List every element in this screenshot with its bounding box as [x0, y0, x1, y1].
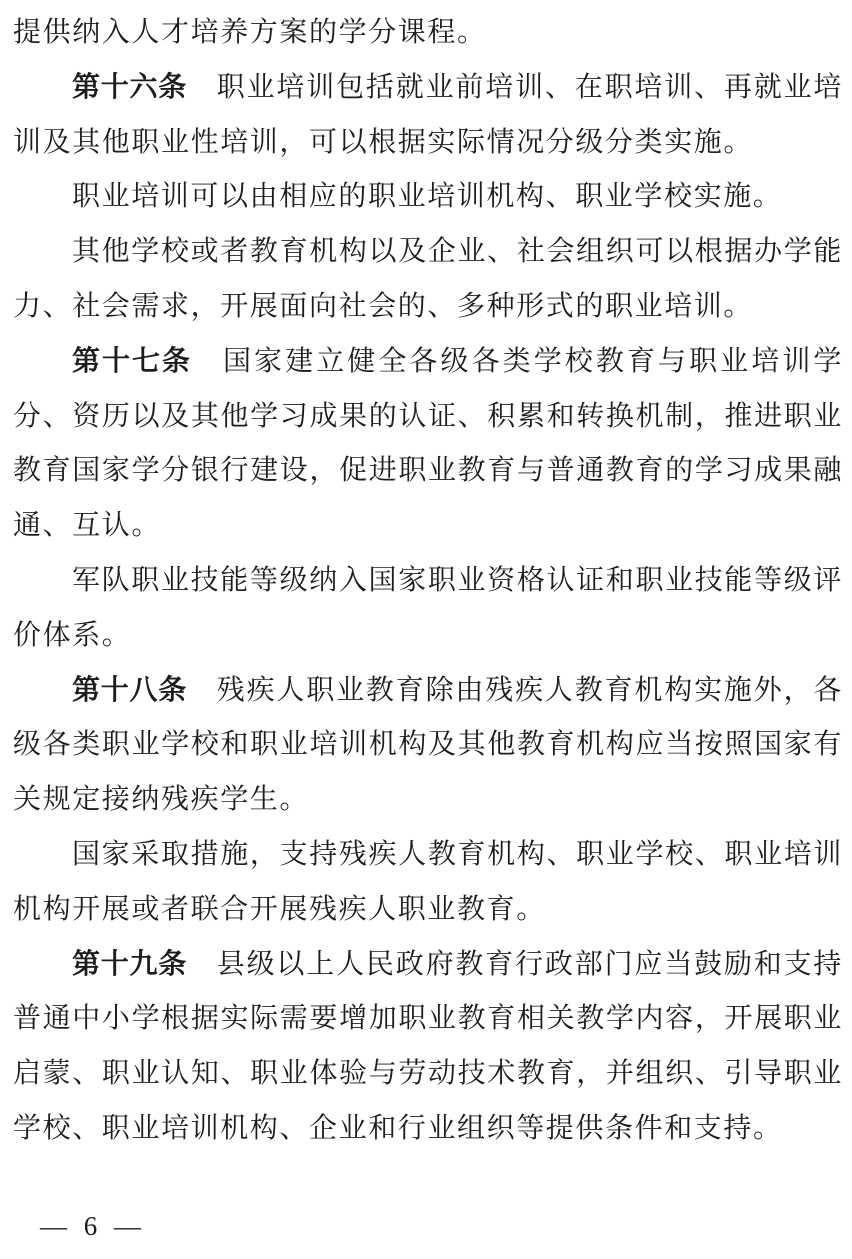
line-text: 关规定接纳残疾学生。: [13, 784, 309, 815]
line-text: 其他学校或者教育机构以及企业、社会组织可以根据办学能: [72, 236, 843, 267]
text-line: 军队职业技能等级纳入国家职业资格认证和职业技能等级评: [13, 554, 843, 609]
text-line: 级各类职业学校和职业培训机构及其他教育机构应当按照国家有: [13, 718, 843, 773]
article-number: 第十七条: [72, 346, 192, 377]
line-text: 提供纳入人才培养方案的学分课程。: [13, 17, 487, 48]
text-line: 训及其他职业性培训，可以根据实际情况分级分类实施。: [13, 116, 843, 171]
page-number: — 6 —: [40, 1206, 146, 1246]
article-number: 第十八条: [72, 675, 187, 706]
text-line: 启蒙、职业认知、职业体验与劳动技术教育，并组织、引导职业: [13, 1047, 843, 1102]
line-text: 普通中小学根据实际需要增加职业教育相关教学内容，开展职业: [13, 1003, 843, 1034]
text-line: 第十九条 县级以上人民政府教育行政部门应当鼓励和支持: [13, 938, 843, 993]
text-line: 第十六条 职业培训包括就业前培训、在职培训、再就业培: [13, 61, 843, 116]
line-text: 机构开展或者联合开展残疾人职业教育。: [13, 894, 546, 925]
text-line: 国家采取措施，支持残疾人教育机构、职业学校、职业培训: [13, 828, 843, 883]
text-line: 教育国家学分银行建设，促进职业教育与普通教育的学习成果融: [13, 444, 843, 499]
text-line: 关规定接纳残疾学生。: [13, 773, 843, 828]
text-line: 分、资历以及其他学习成果的认证、积累和转换机制，推进职业: [13, 390, 843, 445]
line-text: 教育国家学分银行建设，促进职业教育与普通教育的学习成果融: [13, 455, 843, 486]
text-line: 其他学校或者教育机构以及企业、社会组织可以根据办学能: [13, 225, 843, 280]
line-text: 县级以上人民政府教育行政部门应当鼓励和支持: [187, 949, 843, 980]
line-text: 价体系。: [13, 620, 131, 651]
line-text: 国家建立健全各级各类学校教育与职业培训学: [192, 346, 843, 377]
text-line: 普通中小学根据实际需要增加职业教育相关教学内容，开展职业: [13, 992, 843, 1047]
line-text: 训及其他职业性培训，可以根据实际情况分级分类实施。: [13, 127, 753, 158]
text-line: 第十七条 国家建立健全各级各类学校教育与职业培训学: [13, 335, 843, 390]
line-text: 国家采取措施，支持残疾人教育机构、职业学校、职业培训: [72, 839, 843, 870]
line-text: 级各类职业学校和职业培训机构及其他教育机构应当按照国家有: [13, 729, 843, 760]
text-line: 学校、职业培训机构、企业和行业组织等提供条件和支持。: [13, 1102, 843, 1157]
line-text: 军队职业技能等级纳入国家职业资格认证和职业技能等级评: [72, 565, 843, 596]
line-text: 学校、职业培训机构、企业和行业组织等提供条件和支持。: [13, 1113, 783, 1144]
line-text: 职业培训包括就业前培训、在职培训、再就业培: [187, 72, 843, 103]
text-line: 通、互认。: [13, 499, 843, 554]
article-number: 第十六条: [72, 72, 187, 103]
document-page: 提供纳入人才培养方案的学分课程。 第十六条 职业培训包括就业前培训、在职培训、再…: [13, 6, 843, 1157]
text-line: 提供纳入人才培养方案的学分课程。: [13, 6, 843, 61]
text-line: 机构开展或者联合开展残疾人职业教育。: [13, 883, 843, 938]
line-text: 残疾人职业教育除由残疾人教育机构实施外，各: [187, 675, 843, 706]
article-number: 第十九条: [72, 949, 187, 980]
line-text: 通、互认。: [13, 510, 161, 541]
line-text: 力、社会需求，开展面向社会的、多种形式的职业培训。: [13, 291, 753, 322]
line-text: 分、资历以及其他学习成果的认证、积累和转换机制，推进职业: [13, 401, 843, 432]
text-line: 力、社会需求，开展面向社会的、多种形式的职业培训。: [13, 280, 843, 335]
text-line: 第十八条 残疾人职业教育除由残疾人教育机构实施外，各: [13, 664, 843, 719]
text-line: 价体系。: [13, 609, 843, 664]
line-text: 职业培训可以由相应的职业培训机构、职业学校实施。: [72, 181, 782, 212]
line-text: 启蒙、职业认知、职业体验与劳动技术教育，并组织、引导职业: [13, 1058, 843, 1089]
text-line: 职业培训可以由相应的职业培训机构、职业学校实施。: [13, 170, 843, 225]
